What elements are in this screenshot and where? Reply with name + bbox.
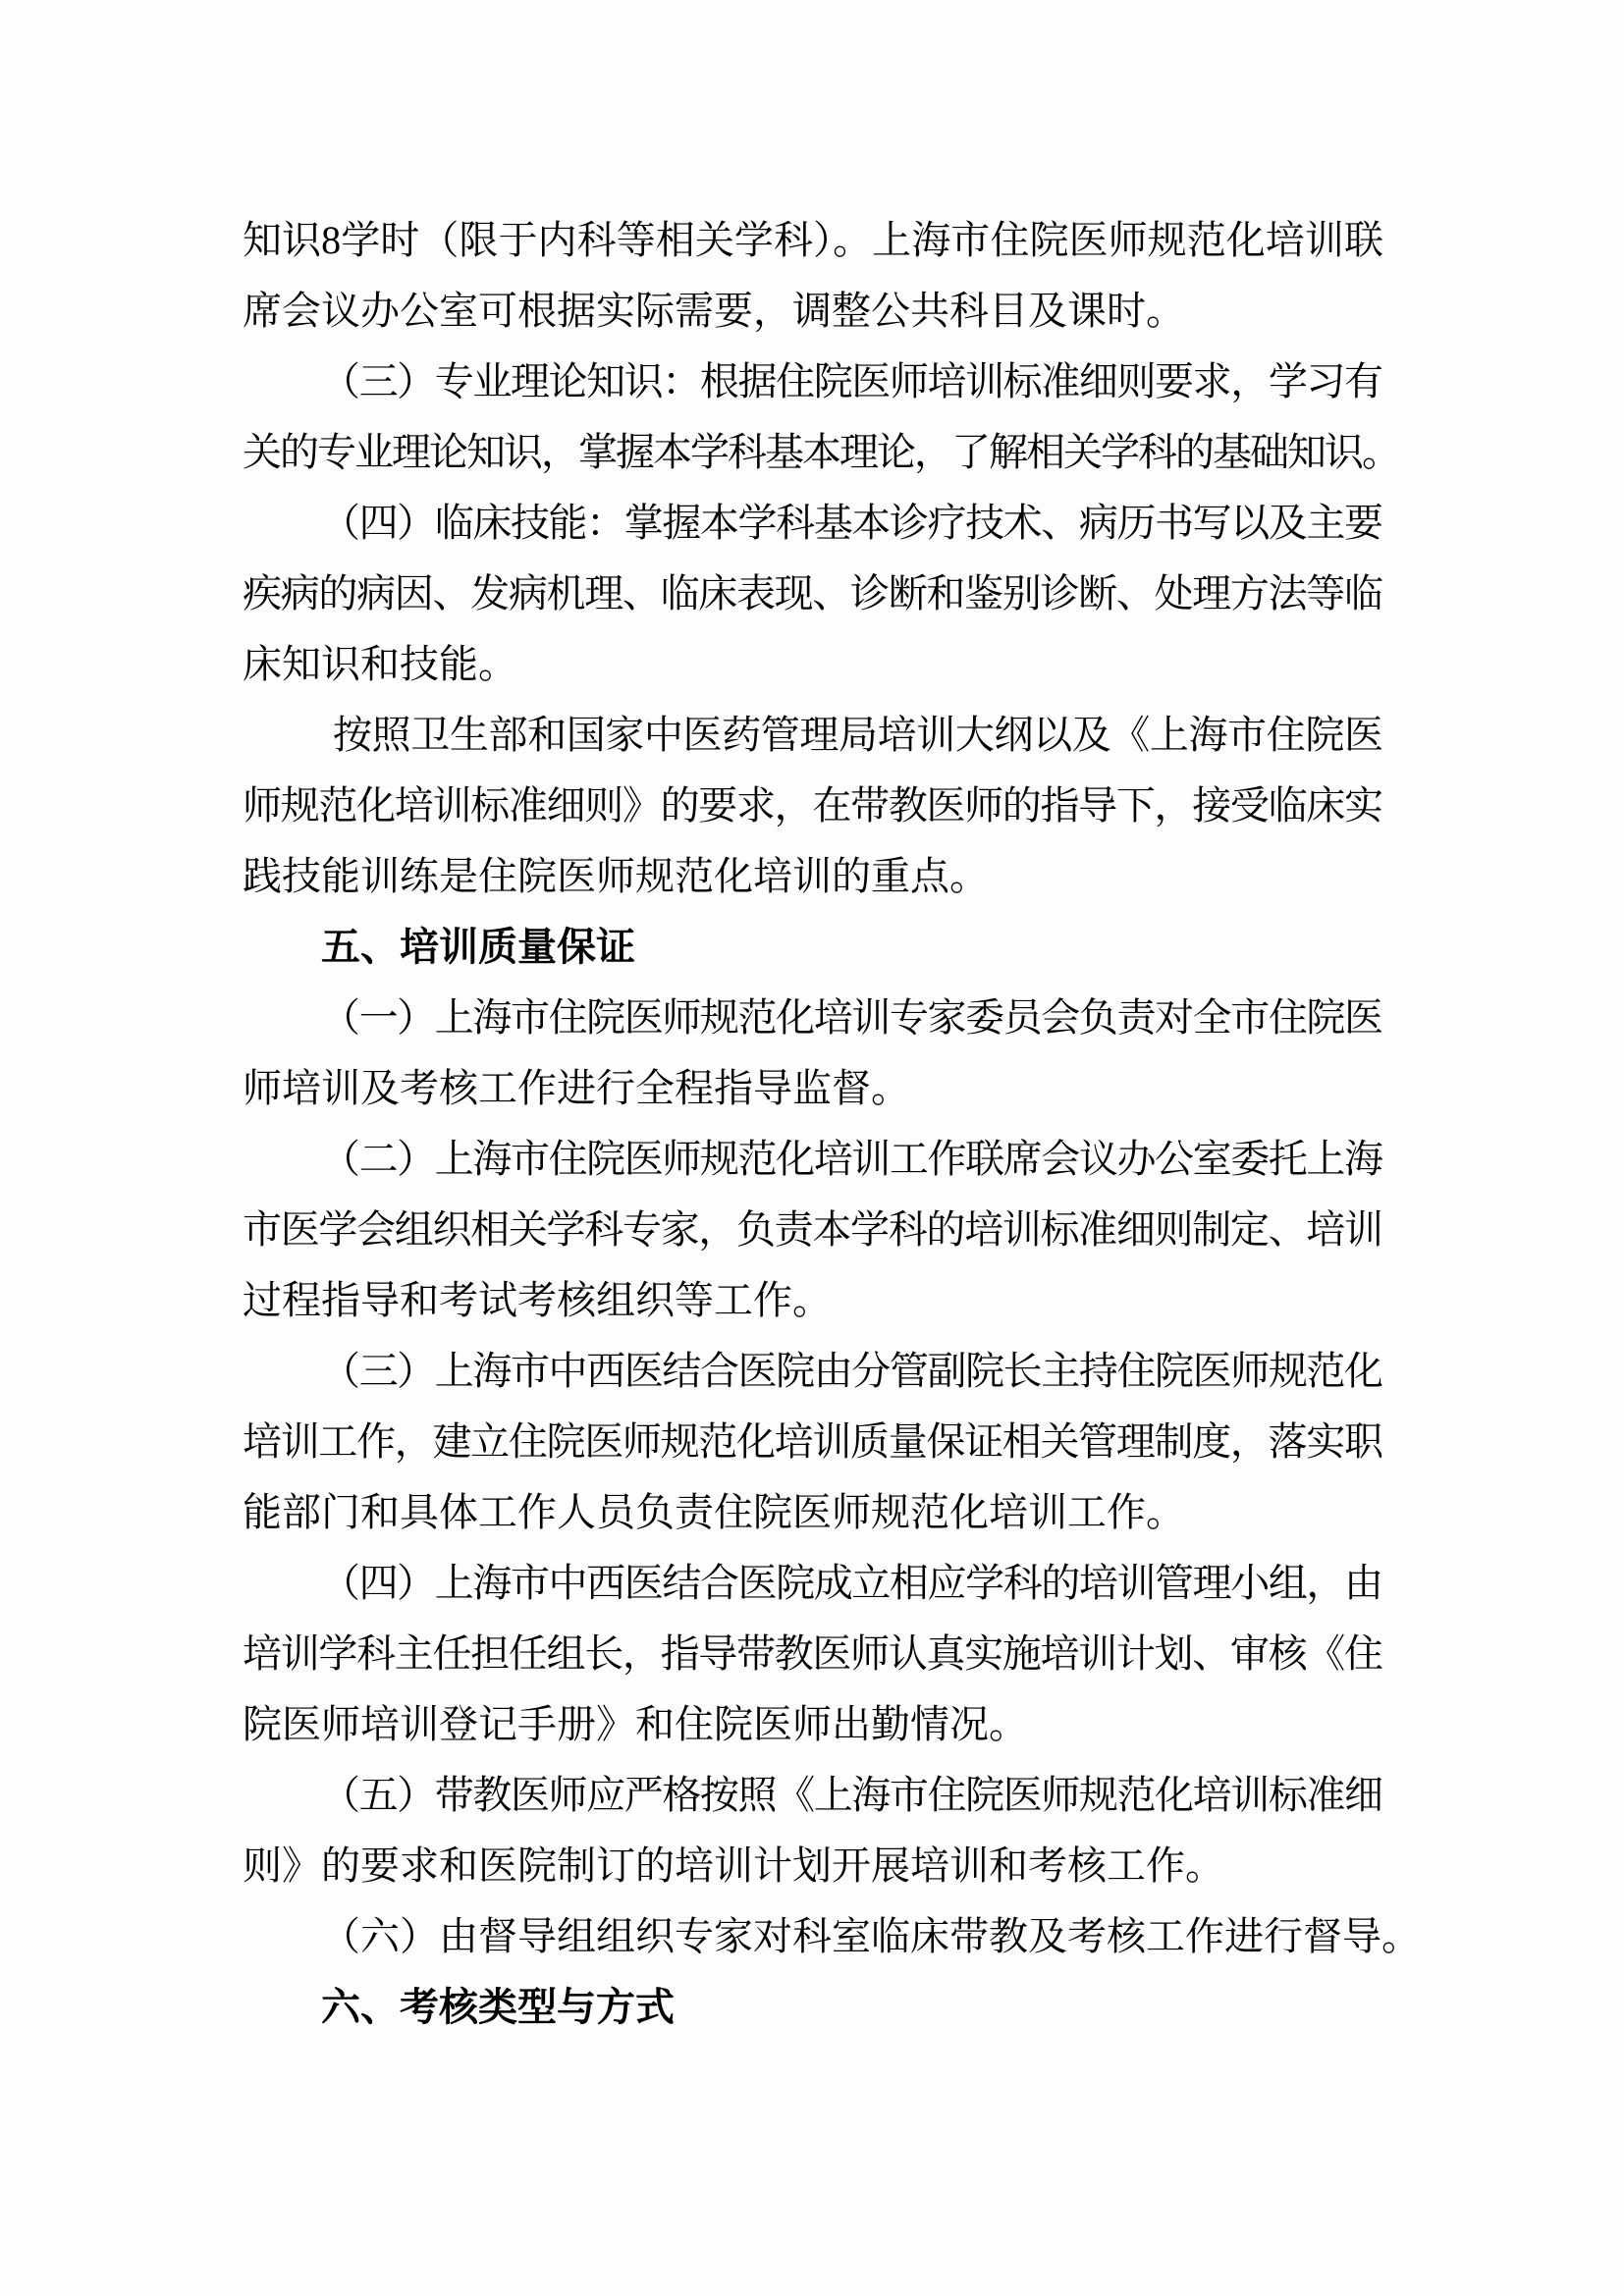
doc-line: （一）上海市住院医师规范化培训专家委员会负责对全市住院医 xyxy=(243,983,1381,1053)
doc-line: 过程指导和考试考核组织等工作。 xyxy=(243,1265,1381,1336)
doc-line: （四）临床技能：掌握本学科基本诊疗技术、病历书写以及主要 xyxy=(243,488,1381,559)
doc-line: 则》的要求和医院制订的培训计划开展培训和考核工作。 xyxy=(243,1831,1381,1901)
doc-line: 能部门和具体工作人员负责住院医师规范化培训工作。 xyxy=(243,1477,1381,1548)
doc-line: 师规范化培训标准细则》的要求，在带教医师的指导下，接受临床实 xyxy=(243,771,1381,841)
paragraph: （三）上海市中西医结合医院由分管副院长主持住院医师规范化 培训工作，建立住院医师… xyxy=(243,1336,1381,1548)
document-page: 知识8学时（限于内科等相关学科）。上海市住院医师规范化培训联 席会议办公室可根据… xyxy=(0,0,1624,2296)
doc-line: （五）带教医师应严格按照《上海市住院医师规范化培训标准细 xyxy=(243,1760,1381,1831)
paragraph: 按照卫生部和国家中医药管理局培训大纲以及《上海市住院医 师规范化培训标准细则》的… xyxy=(243,700,1381,912)
paragraph: （四）上海市中西医结合医院成立相应学科的培训管理小组，由 培训学科主任担任组长，… xyxy=(243,1548,1381,1760)
doc-line: （四）上海市中西医结合医院成立相应学科的培训管理小组，由 xyxy=(243,1548,1381,1619)
doc-line: 知识8学时（限于内科等相关学科）。上海市住院医师规范化培训联 xyxy=(243,205,1381,276)
doc-line: （三）上海市中西医结合医院由分管副院长主持住院医师规范化 xyxy=(243,1336,1381,1407)
doc-line: （三）专业理论知识：根据住院医师培训标准细则要求，学习有 xyxy=(243,347,1381,417)
paragraph: （三）专业理论知识：根据住院医师培训标准细则要求，学习有 关的专业理论知识，掌握… xyxy=(243,347,1381,488)
section-heading: 六、考核类型与方式 xyxy=(243,1972,1381,2043)
doc-line: （六）由督导组组织专家对科室临床带教及考核工作进行督导。 xyxy=(243,1901,1381,1972)
doc-line: 师培训及考核工作进行全程指导监督。 xyxy=(243,1053,1381,1124)
doc-line: 疾病的病因、发病机理、临床表现、诊断和鉴别诊断、处理方法等临 xyxy=(243,559,1381,629)
doc-line: 院医师培训登记手册》和住院医师出勤情况。 xyxy=(243,1689,1381,1760)
doc-line: 践技能训练是住院医师规范化培训的重点。 xyxy=(243,841,1381,912)
document-body: 知识8学时（限于内科等相关学科）。上海市住院医师规范化培训联 席会议办公室可根据… xyxy=(243,205,1381,2043)
doc-line: 按照卫生部和国家中医药管理局培训大纲以及《上海市住院医 xyxy=(243,700,1381,771)
doc-line: 培训学科主任担任组长，指导带教医师认真实施培训计划、审核《住 xyxy=(243,1619,1381,1689)
section-heading: 五、培训质量保证 xyxy=(243,912,1381,983)
paragraph: （六）由督导组组织专家对科室临床带教及考核工作进行督导。 xyxy=(243,1901,1381,1972)
doc-line: 市医学会组织相关学科专家，负责本学科的培训标准细则制定、培训 xyxy=(243,1195,1381,1265)
doc-line: （二）上海市住院医师规范化培训工作联席会议办公室委托上海 xyxy=(243,1124,1381,1195)
doc-line: 关的专业理论知识，掌握本学科基本理论，了解相关学科的基础知识。 xyxy=(243,417,1381,488)
doc-line: 培训工作，建立住院医师规范化培训质量保证相关管理制度，落实职 xyxy=(243,1407,1381,1477)
paragraph: （五）带教医师应严格按照《上海市住院医师规范化培训标准细 则》的要求和医院制订的… xyxy=(243,1760,1381,1901)
paragraph: （二）上海市住院医师规范化培训工作联席会议办公室委托上海 市医学会组织相关学科专… xyxy=(243,1124,1381,1336)
heading-text: 五、培训质量保证 xyxy=(243,912,1381,983)
doc-line: 床知识和技能。 xyxy=(243,629,1381,700)
doc-line: 席会议办公室可根据实际需要，调整公共科目及课时。 xyxy=(243,276,1381,347)
paragraph: （一）上海市住院医师规范化培训专家委员会负责对全市住院医 师培训及考核工作进行全… xyxy=(243,983,1381,1124)
heading-text: 六、考核类型与方式 xyxy=(243,1972,1381,2043)
paragraph: （四）临床技能：掌握本学科基本诊疗技术、病历书写以及主要 疾病的病因、发病机理、… xyxy=(243,488,1381,700)
paragraph: 知识8学时（限于内科等相关学科）。上海市住院医师规范化培训联 席会议办公室可根据… xyxy=(243,205,1381,347)
